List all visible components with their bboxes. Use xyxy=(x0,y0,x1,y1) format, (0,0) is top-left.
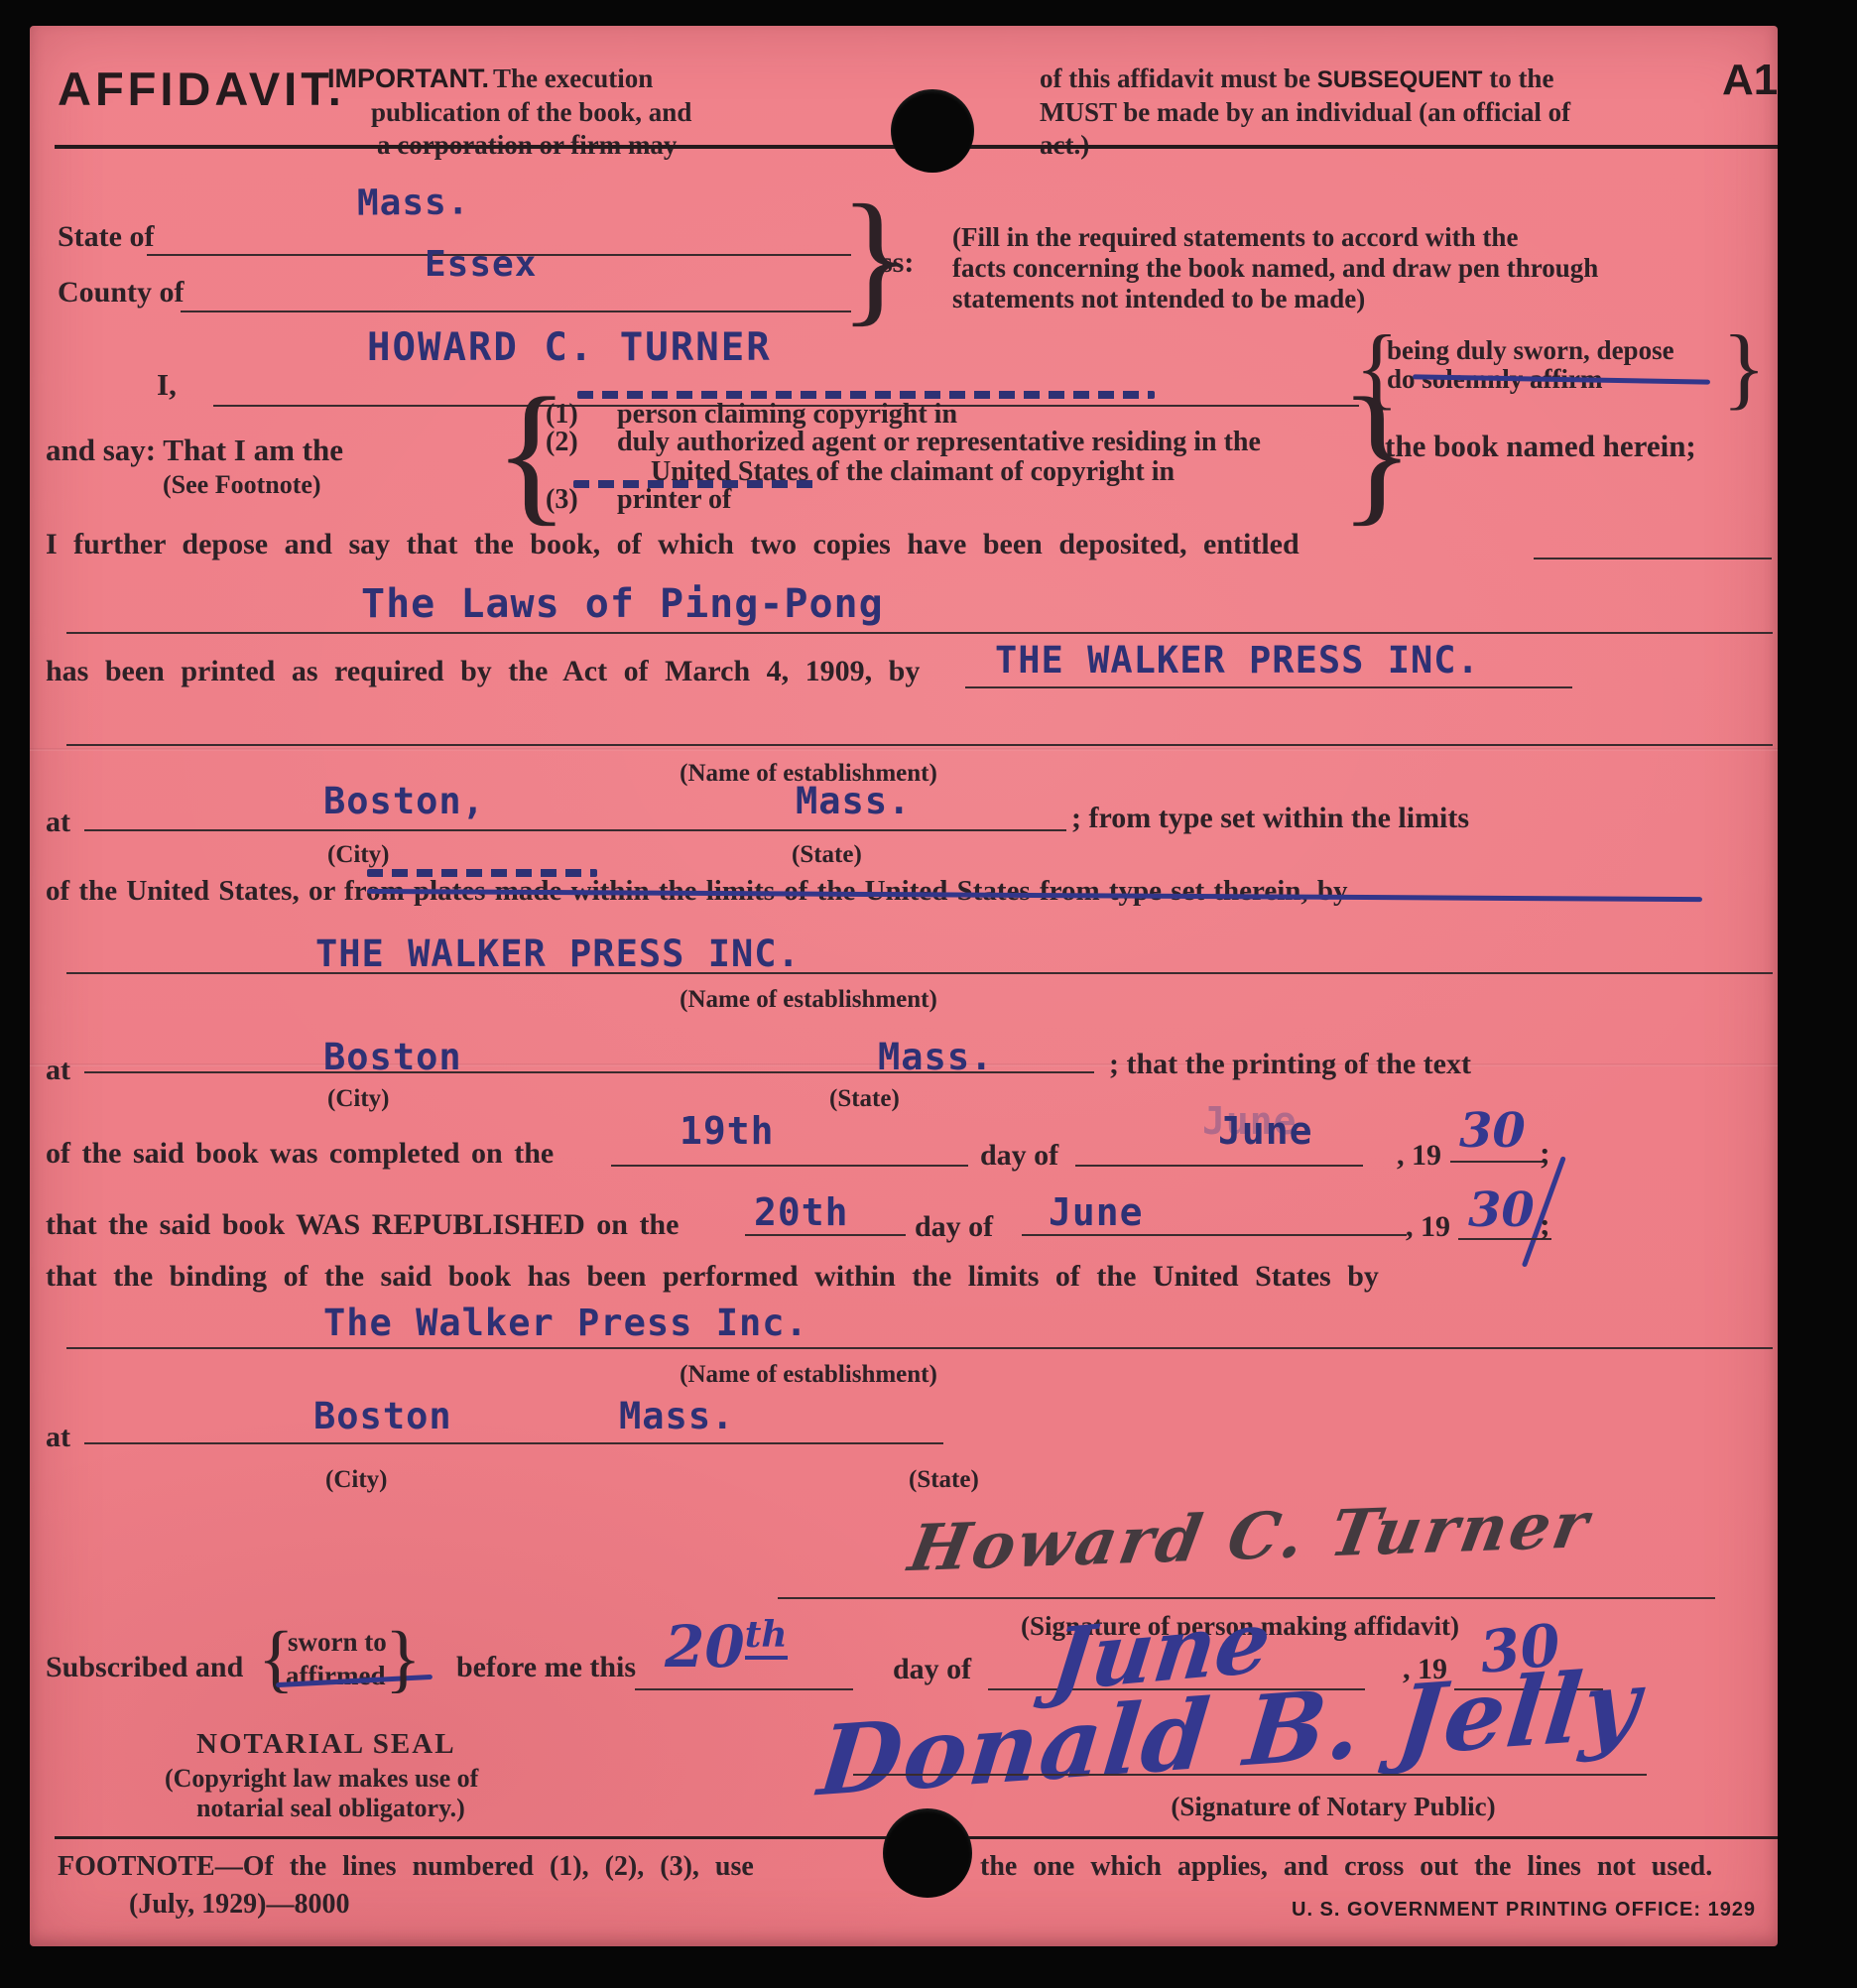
at-label-3: at xyxy=(46,1421,70,1454)
city-label-1: (City) xyxy=(327,841,389,869)
right1b: SUBSEQUENT xyxy=(1317,66,1483,93)
book-title: The Laws of Ping-Pong xyxy=(361,581,884,627)
deposit-trailing-line xyxy=(1534,558,1772,559)
dayof-3: day of xyxy=(893,1653,971,1686)
deponent-name: HOWARD C. TURNER xyxy=(367,325,772,370)
subscribed-label: Subscribed and xyxy=(46,1651,243,1684)
state-value: Mass. xyxy=(357,182,470,223)
state-value-1: Mass. xyxy=(796,780,911,822)
gpo-imprint: U. S. GOVERNMENT PRINTING OFFICE: 1929 xyxy=(1292,1899,1728,1922)
plates-dash-overline xyxy=(367,869,597,877)
plates-suffix: , by xyxy=(1300,875,1347,907)
state-label-3: (State) xyxy=(909,1466,979,1494)
state-label: State of xyxy=(58,220,154,254)
binding-line: that the binding of the said book has be… xyxy=(46,1260,1379,1294)
item3-num: (3) xyxy=(546,484,578,516)
right1c: to the xyxy=(1482,63,1553,93)
printing-text: ; that the printing of the text xyxy=(1109,1048,1471,1081)
sworn-to-option: sworn to xyxy=(288,1627,387,1658)
republished-prefix: that the said book WAS REPUBLISHED on th… xyxy=(46,1208,679,1242)
sworn-brace-close: } xyxy=(1722,321,1766,413)
yr19-2: , 19 xyxy=(1406,1210,1450,1244)
binder-name: The Walker Press Inc. xyxy=(323,1302,808,1344)
sworn-affirmed-brace-close: } xyxy=(385,1621,421,1696)
establishment-line-1 xyxy=(66,744,1773,746)
affidavit-paper: AFFIDAVIT. IMPORTANT. The execution publ… xyxy=(30,26,1778,1946)
city-label-2: (City) xyxy=(327,1085,389,1113)
seal-note-2: notarial seal obligatory.) xyxy=(196,1794,465,1823)
republished-year-line xyxy=(1458,1238,1551,1240)
notary-day-line xyxy=(635,1688,853,1690)
act-line: has been printed as required by the Act … xyxy=(46,655,920,688)
printer-name-2: THE WALKER PRESS INC. xyxy=(315,932,801,975)
from-type-text: ; from type set within the limits xyxy=(1071,802,1469,835)
establishment-label-2: (Name of establishment) xyxy=(615,986,1002,1014)
right2: MUST be made by an individual (an offici… xyxy=(1040,97,1570,128)
republished-day: 20th xyxy=(754,1190,849,1234)
notarial-seal-title: NOTARIAL SEAL xyxy=(196,1728,456,1761)
notary-day-num: 20 xyxy=(665,1613,745,1680)
completed-month: June xyxy=(1218,1109,1313,1153)
state-label-2: (State) xyxy=(829,1085,900,1113)
i-label: I, xyxy=(157,367,177,403)
claim-suffix: the book named herein; xyxy=(1385,429,1696,464)
city-label-3: (City) xyxy=(325,1466,387,1494)
sworn-option-1: being duly sworn, depose xyxy=(1387,335,1674,366)
printer1-underline xyxy=(965,686,1572,688)
notary-day-value: 20th xyxy=(665,1613,788,1680)
state-value-3: Mass. xyxy=(619,1395,734,1437)
at1-underline xyxy=(84,829,1066,831)
fill-note-3: statements not intended to be made) xyxy=(952,284,1365,314)
punch-hole-top xyxy=(891,89,974,173)
city-value-2: Boston xyxy=(323,1036,462,1078)
edition-note: (July, 1929)—8000 xyxy=(129,1889,349,1921)
completed-month-line xyxy=(1075,1165,1363,1167)
notary-signature-line xyxy=(853,1774,1647,1776)
republished-month-line xyxy=(1022,1234,1407,1236)
printer-name-1: THE WALKER PRESS INC. xyxy=(995,639,1480,682)
form-code: A1 xyxy=(1722,56,1778,105)
affiant-signature: Howard C. Turner xyxy=(788,1484,1713,1591)
semi-1: ; xyxy=(1540,1135,1550,1172)
item2-text: duly authorized agent or representative … xyxy=(617,427,1261,458)
at3-underline xyxy=(84,1442,943,1444)
seal-note-1: (Copyright law makes use of xyxy=(165,1764,478,1794)
at-label-2: at xyxy=(46,1054,70,1087)
item2-num: (2) xyxy=(546,427,578,458)
deposit-line: I further depose and say that the book, … xyxy=(46,528,1300,561)
footnote-left: FOOTNOTE—Of the lines numbered (1), (2),… xyxy=(58,1851,754,1883)
fill-note-1: (Fill in the required statements to acco… xyxy=(952,222,1518,253)
item3-text: printer of xyxy=(617,484,731,516)
punch-hole-bottom xyxy=(883,1808,972,1898)
important-rest: The execution xyxy=(493,63,653,93)
title-underline xyxy=(66,632,1773,634)
city-value-3: Boston xyxy=(313,1395,452,1437)
city-value-1: Boston, xyxy=(323,780,485,822)
state-value-2: Mass. xyxy=(878,1036,993,1078)
claim-prefix: and say: That I am the xyxy=(46,433,343,468)
at-label-1: at xyxy=(46,806,70,839)
county-value: Essex xyxy=(425,244,537,285)
establishment-line-2 xyxy=(66,972,1773,974)
important-line2: publication of the book, and xyxy=(371,97,691,128)
county-underline xyxy=(181,311,851,312)
item3-dash-strike xyxy=(573,480,819,488)
republished-month: June xyxy=(1049,1190,1144,1234)
yr19-1: , 19 xyxy=(1397,1139,1441,1173)
republished-year: 30 xyxy=(1468,1182,1535,1238)
item1-dash-strike xyxy=(577,391,1155,399)
notary-signature-label: (Signature of Notary Public) xyxy=(1115,1792,1551,1822)
footnote-right: the one which applies, and cross out the… xyxy=(980,1851,1712,1883)
ss-label: ss: xyxy=(881,246,914,280)
notary-day-suffix: th xyxy=(745,1614,788,1660)
state-label-1: (State) xyxy=(792,841,862,869)
completed-day-line xyxy=(611,1165,968,1167)
completed-day: 19th xyxy=(680,1109,775,1153)
dayof-1: day of xyxy=(980,1139,1058,1173)
important-label: IMPORTANT. xyxy=(327,63,489,93)
establishment-label-3: (Name of establishment) xyxy=(615,1361,1002,1389)
fill-note-2: facts concerning the book named, and dra… xyxy=(952,253,1598,284)
fold-crease xyxy=(30,748,1778,751)
completed-prefix: of the said book was completed on the xyxy=(46,1137,554,1171)
semi-2: ; xyxy=(1540,1206,1550,1243)
right1a: of this affidavit must be xyxy=(1040,63,1317,93)
form-title: AFFIDAVIT. xyxy=(58,62,345,116)
county-label: County of xyxy=(58,276,185,310)
before-me-text: before me this xyxy=(456,1651,636,1684)
plates-prefix: of the United States, xyxy=(46,875,309,907)
completed-year: 30 xyxy=(1459,1103,1526,1159)
republished-day-line xyxy=(745,1234,906,1236)
see-footnote: (See Footnote) xyxy=(163,470,321,500)
dayof-2: day of xyxy=(915,1210,993,1244)
establishment-line-3 xyxy=(66,1347,1773,1349)
affirmed-option: affirmed xyxy=(286,1661,385,1691)
completed-year-line xyxy=(1450,1161,1544,1163)
